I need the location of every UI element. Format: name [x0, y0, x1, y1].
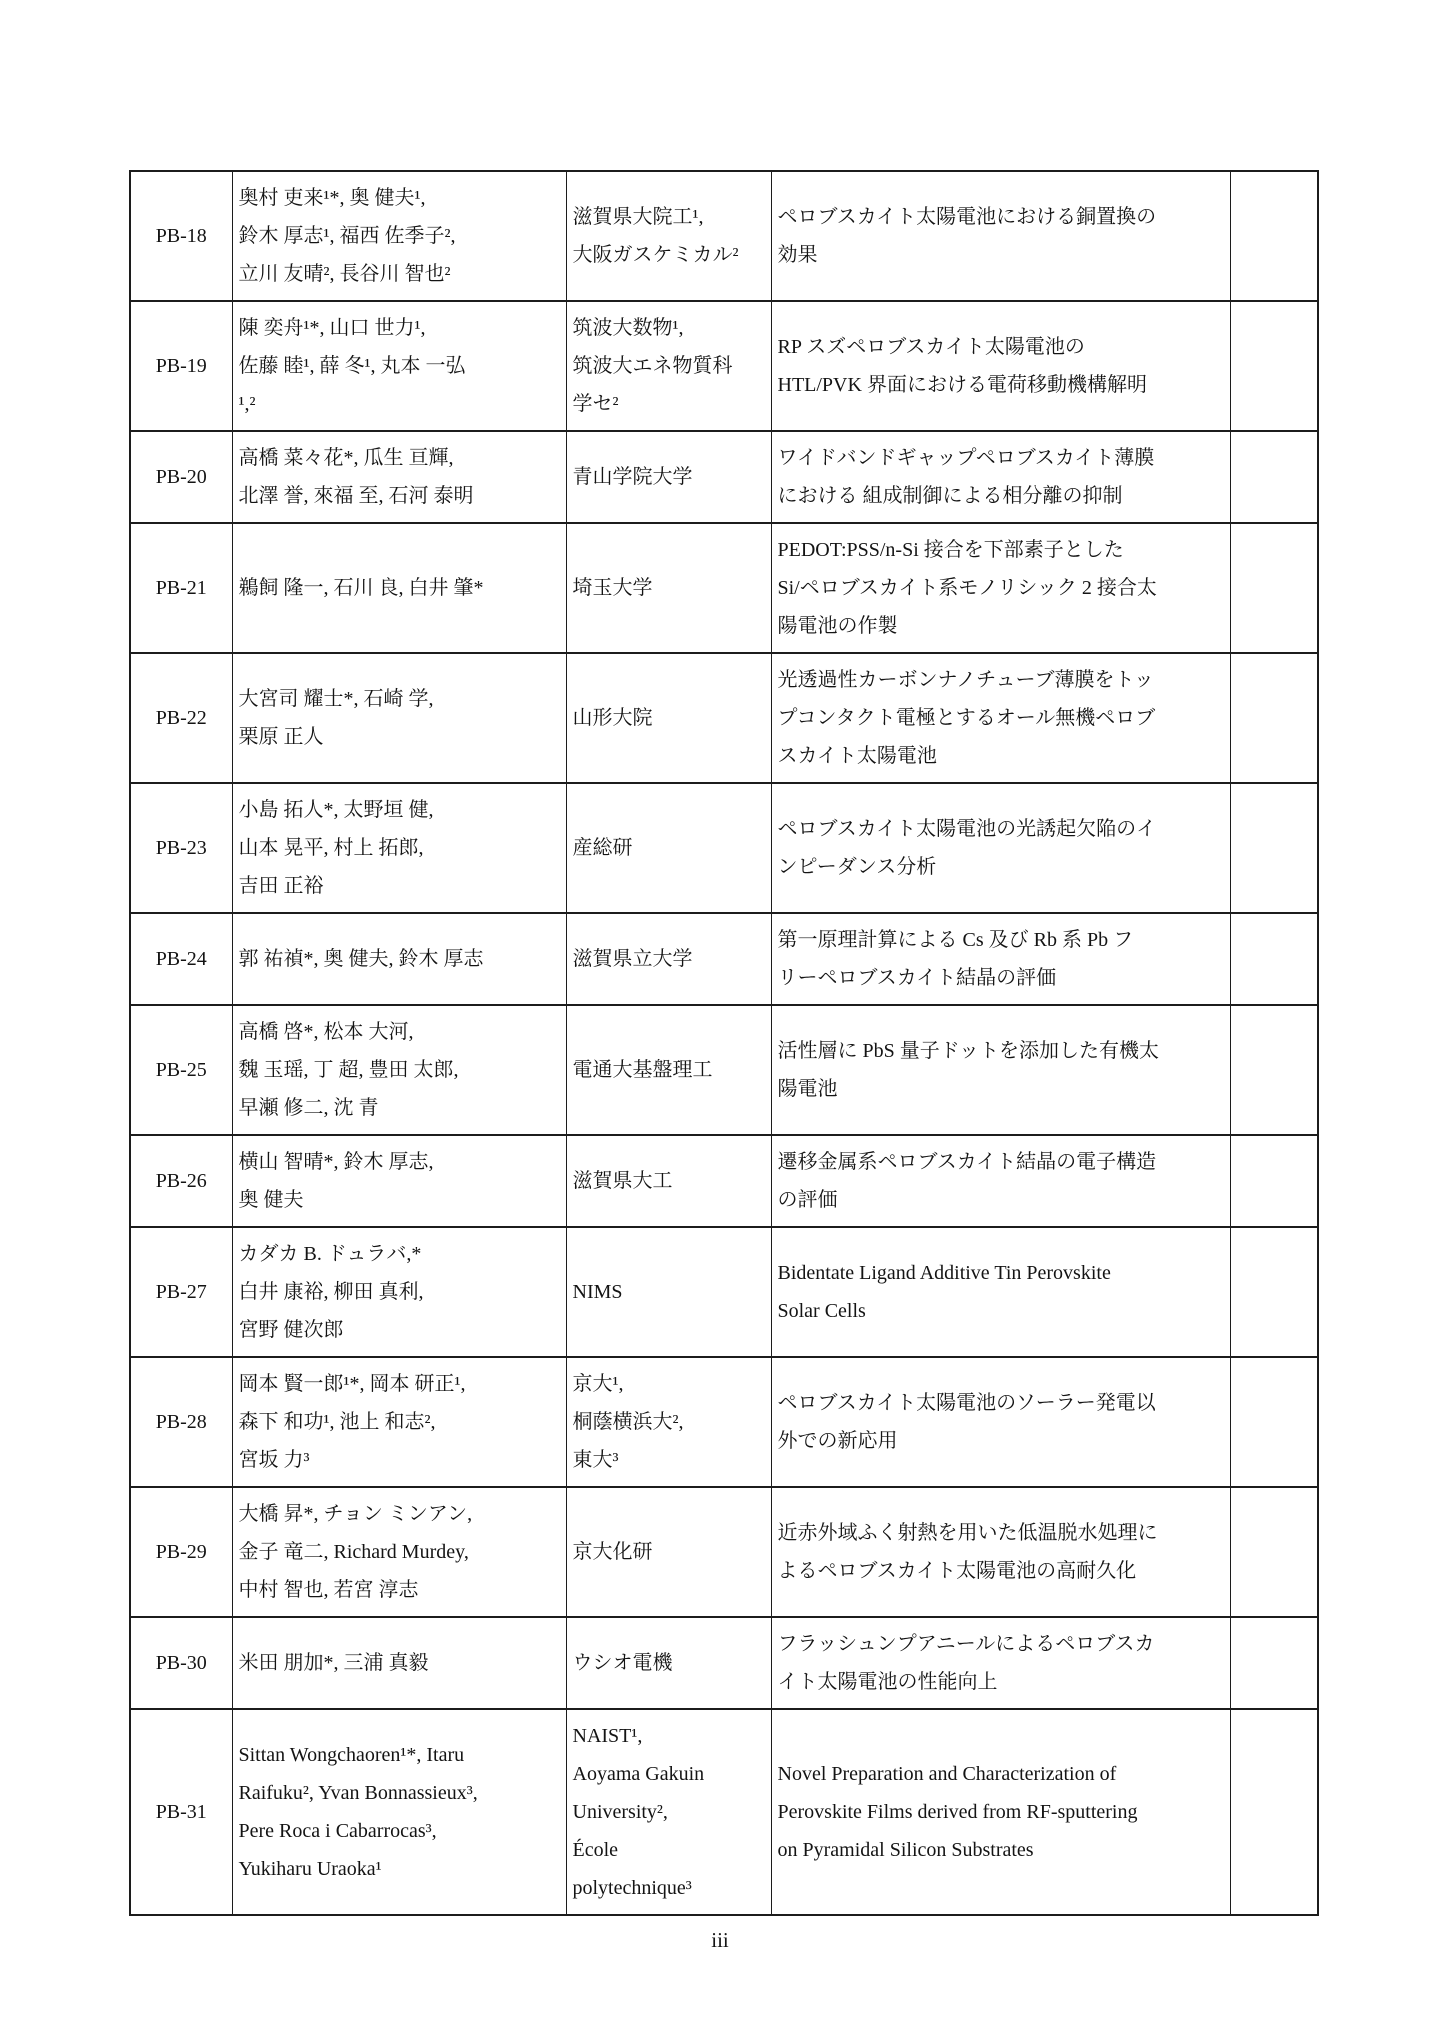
- poster-program-table: PB-18 奥村 吏来¹*, 奥 健夫¹, 鈴木 厚志¹, 福西 佐季子², 立…: [129, 170, 1319, 1916]
- table-row: PB-25 高橋 啓*, 松本 大河, 魏 玉瑶, 丁 超, 豊田 太郎, 早瀬…: [130, 1005, 1318, 1135]
- table-row: PB-20 高橋 菜々花*, 瓜生 亘輝, 北澤 誉, 來福 至, 石河 泰明 …: [130, 431, 1318, 523]
- paper-title: 遷移金属系ペロブスカイト結晶の電子構造 の評価: [771, 1135, 1230, 1227]
- paper-id: PB-20: [130, 431, 232, 523]
- empty-cell: [1230, 1357, 1318, 1487]
- table-row: PB-26 横山 智晴*, 鈴木 厚志, 奥 健夫 滋賀県大工 遷移金属系ペロブ…: [130, 1135, 1318, 1227]
- paper-title: Novel Preparation and Characterization o…: [771, 1709, 1230, 1915]
- authors: 郭 祐禎*, 奥 健夫, 鈴木 厚志: [232, 913, 566, 1005]
- paper-title: 活性層に PbS 量子ドットを添加した有機太 陽電池: [771, 1005, 1230, 1135]
- affiliation: 電通大基盤理工: [566, 1005, 771, 1135]
- empty-cell: [1230, 653, 1318, 783]
- authors: 横山 智晴*, 鈴木 厚志, 奥 健夫: [232, 1135, 566, 1227]
- empty-cell: [1230, 171, 1318, 301]
- affiliation: 埼玉大学: [566, 523, 771, 653]
- empty-cell: [1230, 783, 1318, 913]
- authors: 高橋 菜々花*, 瓜生 亘輝, 北澤 誉, 來福 至, 石河 泰明: [232, 431, 566, 523]
- table-row: PB-31 Sittan Wongchaoren¹*, Itaru Raifuk…: [130, 1709, 1318, 1915]
- paper-id: PB-24: [130, 913, 232, 1005]
- paper-id: PB-18: [130, 171, 232, 301]
- paper-id: PB-29: [130, 1487, 232, 1617]
- table-row: PB-27 カダカ B. ドュラバ,* 白井 康裕, 柳田 真利, 宮野 健次郎…: [130, 1227, 1318, 1357]
- affiliation: 京大¹, 桐蔭横浜大², 東大³: [566, 1357, 771, 1487]
- paper-id: PB-31: [130, 1709, 232, 1915]
- empty-cell: [1230, 523, 1318, 653]
- paper-id: PB-26: [130, 1135, 232, 1227]
- affiliation: 山形大院: [566, 653, 771, 783]
- paper-title: ワイドバンドギャップペロブスカイト薄膜 における 組成制御による相分離の抑制: [771, 431, 1230, 523]
- authors: Sittan Wongchaoren¹*, Itaru Raifuku², Yv…: [232, 1709, 566, 1915]
- table-row: PB-23 小島 拓人*, 太野垣 健, 山本 晃平, 村上 拓郎, 吉田 正裕…: [130, 783, 1318, 913]
- table-row: PB-22 大宮司 耀士*, 石崎 学, 栗原 正人 山形大院 光透過性カーボン…: [130, 653, 1318, 783]
- empty-cell: [1230, 1617, 1318, 1709]
- authors: 米田 朋加*, 三浦 真毅: [232, 1617, 566, 1709]
- paper-title: RP スズペロブスカイト太陽電池の HTL/PVK 界面における電荷移動機構解明: [771, 301, 1230, 431]
- affiliation: 滋賀県立大学: [566, 913, 771, 1005]
- affiliation: NAIST¹, Aoyama Gakuin University², École…: [566, 1709, 771, 1915]
- table-row: PB-24 郭 祐禎*, 奥 健夫, 鈴木 厚志 滋賀県立大学 第一原理計算によ…: [130, 913, 1318, 1005]
- paper-title: Bidentate Ligand Additive Tin Perovskite…: [771, 1227, 1230, 1357]
- paper-title: 第一原理計算による Cs 及び Rb 系 Pb フ リーペロブスカイト結晶の評価: [771, 913, 1230, 1005]
- affiliation: NIMS: [566, 1227, 771, 1357]
- empty-cell: [1230, 1135, 1318, 1227]
- affiliation: 滋賀県大工: [566, 1135, 771, 1227]
- authors: 大宮司 耀士*, 石崎 学, 栗原 正人: [232, 653, 566, 783]
- affiliation: 京大化研: [566, 1487, 771, 1617]
- affiliation: 筑波大数物¹, 筑波大エネ物質科 学セ²: [566, 301, 771, 431]
- authors: 大橋 昇*, チョン ミンアン, 金子 竜二, Richard Murdey, …: [232, 1487, 566, 1617]
- paper-title: 近赤外域ふく射熱を用いた低温脱水処理に よるペロブスカイト太陽電池の高耐久化: [771, 1487, 1230, 1617]
- authors: 小島 拓人*, 太野垣 健, 山本 晃平, 村上 拓郎, 吉田 正裕: [232, 783, 566, 913]
- empty-cell: [1230, 1709, 1318, 1915]
- paper-id: PB-28: [130, 1357, 232, 1487]
- paper-id: PB-22: [130, 653, 232, 783]
- affiliation: 青山学院大学: [566, 431, 771, 523]
- table-row: PB-28 岡本 賢一郎¹*, 岡本 研正¹, 森下 和功¹, 池上 和志², …: [130, 1357, 1318, 1487]
- empty-cell: [1230, 301, 1318, 431]
- empty-cell: [1230, 1005, 1318, 1135]
- paper-title: ペロブスカイト太陽電池の光誘起欠陥のイ ンピーダンス分析: [771, 783, 1230, 913]
- paper-title: ペロブスカイト太陽電池における銅置換の 効果: [771, 171, 1230, 301]
- authors: 高橋 啓*, 松本 大河, 魏 玉瑶, 丁 超, 豊田 太郎, 早瀬 修二, 沈…: [232, 1005, 566, 1135]
- paper-id: PB-23: [130, 783, 232, 913]
- table-row: PB-21 鵜飼 隆一, 石川 良, 白井 肇* 埼玉大学 PEDOT:PSS/…: [130, 523, 1318, 653]
- empty-cell: [1230, 1487, 1318, 1617]
- page-number: iii: [0, 1928, 1440, 1953]
- paper-id: PB-25: [130, 1005, 232, 1135]
- authors: 奥村 吏来¹*, 奥 健夫¹, 鈴木 厚志¹, 福西 佐季子², 立川 友晴²,…: [232, 171, 566, 301]
- paper-title: ペロブスカイト太陽電池のソーラー発電以 外での新応用: [771, 1357, 1230, 1487]
- table-row: PB-18 奥村 吏来¹*, 奥 健夫¹, 鈴木 厚志¹, 福西 佐季子², 立…: [130, 171, 1318, 301]
- affiliation: 産総研: [566, 783, 771, 913]
- paper-title: 光透過性カーボンナノチューブ薄膜をトッ プコンタクト電極とするオール無機ペロブ …: [771, 653, 1230, 783]
- table-row: PB-19 陳 奕舟¹*, 山口 世力¹, 佐藤 睦¹, 薛 冬¹, 丸本 一弘…: [130, 301, 1318, 431]
- empty-cell: [1230, 913, 1318, 1005]
- empty-cell: [1230, 431, 1318, 523]
- affiliation: ウシオ電機: [566, 1617, 771, 1709]
- affiliation: 滋賀県大院工¹, 大阪ガスケミカル²: [566, 171, 771, 301]
- authors: 岡本 賢一郎¹*, 岡本 研正¹, 森下 和功¹, 池上 和志², 宮坂 力³: [232, 1357, 566, 1487]
- table-row: PB-29 大橋 昇*, チョン ミンアン, 金子 竜二, Richard Mu…: [130, 1487, 1318, 1617]
- paper-title: PEDOT:PSS/n-Si 接合を下部素子とした Si/ペロブスカイト系モノリ…: [771, 523, 1230, 653]
- document-page: PB-18 奥村 吏来¹*, 奥 健夫¹, 鈴木 厚志¹, 福西 佐季子², 立…: [0, 0, 1440, 2040]
- paper-id: PB-21: [130, 523, 232, 653]
- paper-id: PB-19: [130, 301, 232, 431]
- authors: カダカ B. ドュラバ,* 白井 康裕, 柳田 真利, 宮野 健次郎: [232, 1227, 566, 1357]
- paper-title: フラッシュンプアニールによるペロブスカ イト太陽電池の性能向上: [771, 1617, 1230, 1709]
- paper-id: PB-27: [130, 1227, 232, 1357]
- authors: 鵜飼 隆一, 石川 良, 白井 肇*: [232, 523, 566, 653]
- empty-cell: [1230, 1227, 1318, 1357]
- paper-id: PB-30: [130, 1617, 232, 1709]
- authors: 陳 奕舟¹*, 山口 世力¹, 佐藤 睦¹, 薛 冬¹, 丸本 一弘 ¹,²: [232, 301, 566, 431]
- table-row: PB-30 米田 朋加*, 三浦 真毅 ウシオ電機 フラッシュンプアニールによる…: [130, 1617, 1318, 1709]
